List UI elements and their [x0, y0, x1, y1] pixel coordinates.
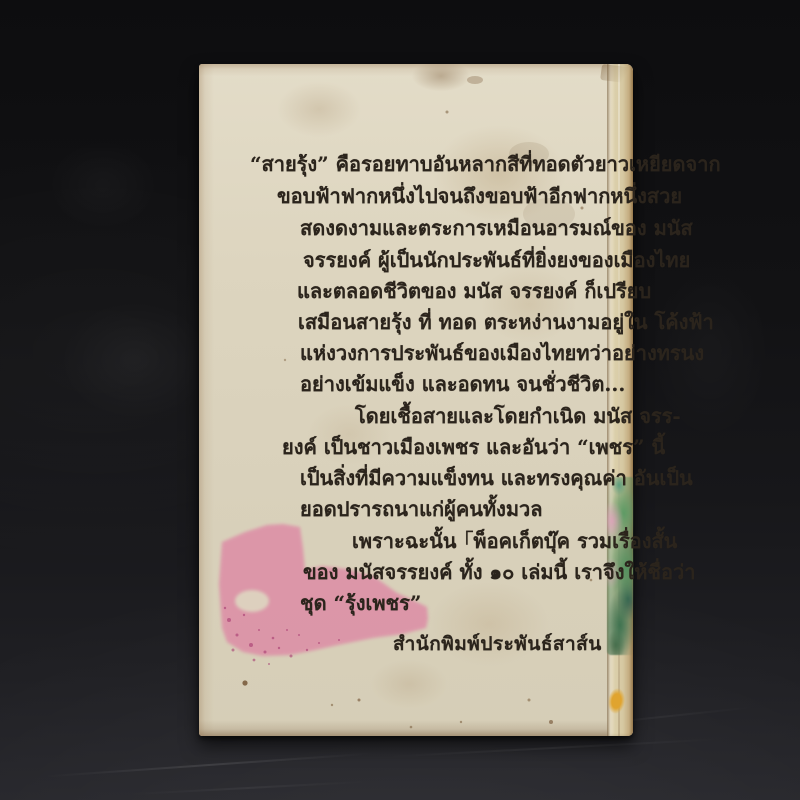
surface-scratch [128, 781, 368, 796]
blurb-line: เพราะฉะนั้น ｢พ็อคเก็ตบุ๊ค รวมเรื่องสั้น [352, 531, 677, 551]
surface-scratch [44, 752, 373, 777]
blurb-line: ชุด “รุ้งเพชร” [300, 593, 421, 613]
blurb-line: “สายรุ้ง” คือรอยทาบอันหลากสีที่ทอดตัวยาว… [250, 154, 721, 174]
background-smudge [48, 140, 158, 230]
blurb-line: ของ มนัสจรรยงค์ ทั้ง ๑๐ เล่มนี้ เราจึงให… [303, 562, 695, 582]
background-smudge [60, 300, 210, 420]
blurb-line: อย่างเข้มแข็ง และอดทน จนชั่วชีวิต... [300, 374, 625, 394]
blurb-line: ยอดปรารถนาแก่ผู้คนทั้งมวล [300, 499, 543, 519]
blurb-line: โดยเชื้อสายและโดยกำเนิด มนัส จรร- [355, 406, 681, 426]
blurb-line: สดงดงามและตระการเหมือนอารมณ์ของ มนัส [300, 218, 693, 238]
blurb-line: เสมือนสายรุ้ง ที่ ทอด ตระหง่านงามอยู่ใน … [298, 312, 714, 332]
blurb-line: และตลอดชีวิตของ มนัส จรรยงค์ ก็เปรียบ [297, 281, 651, 301]
photo-backdrop: “สายรุ้ง” คือรอยทาบอันหลากสีที่ทอดตัวยาว… [0, 0, 800, 800]
blurb-line: ยงค์ เป็นชาวเมืองเพชร และอันว่า “เพชร” น… [282, 437, 665, 457]
book-back-cover: “สายรุ้ง” คือรอยทาบอันหลากสีที่ทอดตัวยาว… [199, 64, 633, 736]
blurb-line: ขอบฟ้าฟากหนึ่งไปจนถึงขอบฟ้าอีกฟากหนึ่งสว… [277, 186, 682, 206]
pink-stain-hole [235, 590, 269, 612]
surface-scratch [388, 738, 718, 757]
blurb-line: แห่งวงการประพันธ์ของเมืองไทยทว่าอย่างทรน… [300, 343, 704, 363]
yellow-paint-spot [606, 687, 626, 715]
publisher-name: สำนักพิมพ์ประพันธ์สาส์น [393, 635, 602, 654]
blurb-line: เป็นสิ่งที่มีความแข็งทน และทรงคุณค่า อัน… [300, 468, 693, 488]
blurb-line: จรรยงค์ ผู้เป็นนักประพันธ์ที่ยิ่งยงของเม… [303, 250, 690, 270]
